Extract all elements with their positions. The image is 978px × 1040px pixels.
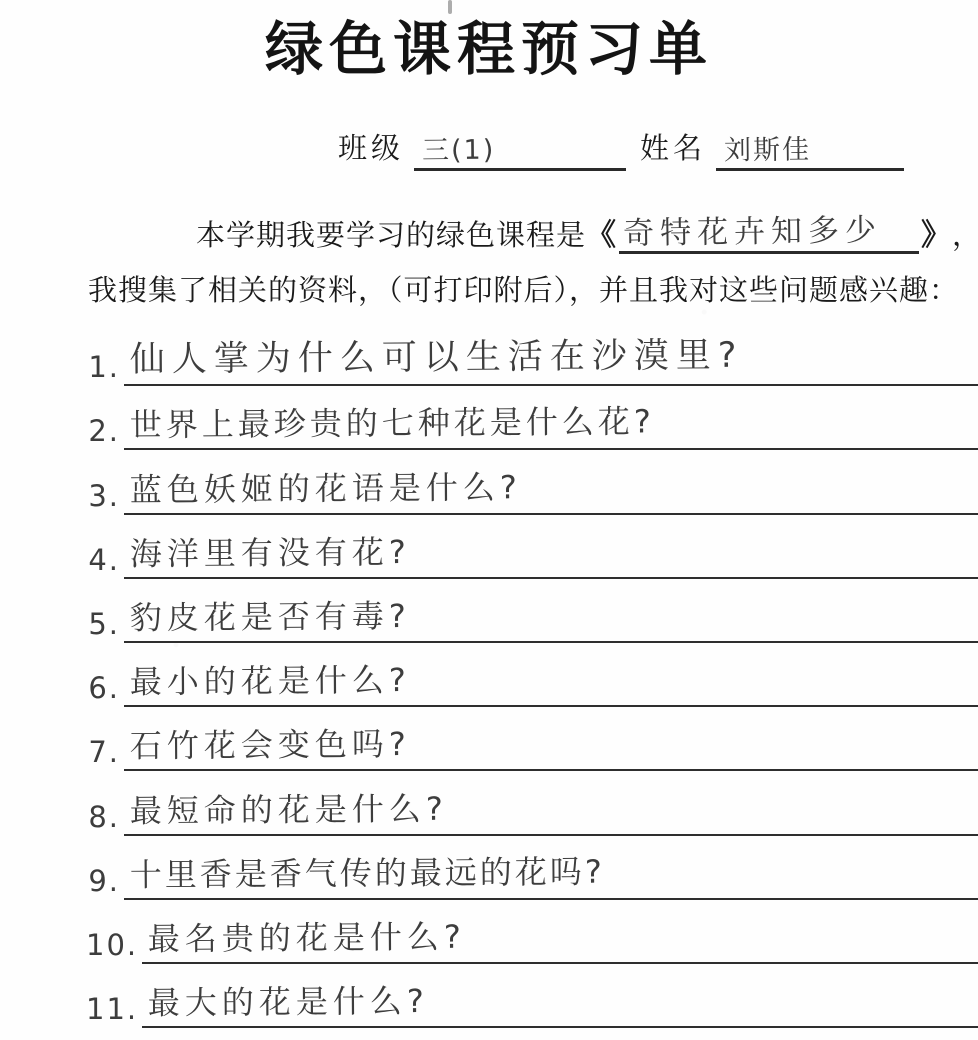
question-text-handwritten: 十里香是香气传的最远的花吗? bbox=[124, 846, 605, 897]
question-text-handwritten: 最小的花是什么? bbox=[124, 655, 411, 705]
question-number: 1. bbox=[86, 350, 124, 386]
question-row-6: 6. 最小的花是什么? bbox=[86, 643, 978, 707]
intro-line-2: 我搜集了相关的资料，（可打印附后），并且我对这些问题感兴趣： bbox=[88, 268, 959, 309]
question-number: 4. bbox=[86, 543, 124, 579]
question-answer-line[interactable]: 最大的花是什么? bbox=[142, 978, 978, 1028]
book-open-mark: 《 bbox=[586, 210, 617, 254]
question-answer-line[interactable]: 最小的花是什么? bbox=[124, 657, 978, 707]
question-answer-line[interactable]: 仙人掌为什么可以生活在沙漠里? bbox=[124, 332, 978, 386]
question-text-handwritten: 世界上最珍贵的七种花是什么花? bbox=[124, 397, 655, 449]
question-row-3: 3. 蓝色妖姬的花语是什么? bbox=[86, 450, 978, 514]
question-row-5: 5. 豹皮花是否有毒? bbox=[86, 579, 978, 643]
question-text-handwritten: 海洋里有没有花? bbox=[124, 527, 411, 577]
question-number: 5. bbox=[86, 607, 124, 643]
question-answer-line[interactable]: 十里香是香气传的最远的花吗? bbox=[124, 850, 978, 900]
question-row-11: 11. 最大的花是什么? bbox=[86, 964, 978, 1028]
question-row-7: 7. 石竹花会变色吗? bbox=[86, 707, 978, 771]
question-number: 8. bbox=[86, 800, 124, 836]
class-label: 班级 bbox=[338, 126, 404, 171]
question-answer-line[interactable]: 最名贵的花是什么? bbox=[142, 914, 978, 964]
book-close-mark: 》 bbox=[921, 210, 952, 254]
book-title-handwritten: 奇特花卉知多少 bbox=[619, 204, 887, 253]
class-value-handwritten: 三(1) bbox=[414, 128, 496, 169]
question-answer-line[interactable]: 石竹花会变色吗? bbox=[124, 721, 978, 771]
class-name-row: 班级 三(1) 姓名 刘斯佳 bbox=[338, 126, 904, 171]
question-answer-line[interactable]: 蓝色妖姬的花语是什么? bbox=[124, 465, 978, 515]
question-number: 10. bbox=[86, 928, 142, 964]
question-answer-line[interactable]: 最短命的花是什么? bbox=[124, 786, 978, 836]
question-row-8: 8. 最短命的花是什么? bbox=[86, 771, 978, 835]
question-row-1: 1. 仙人掌为什么可以生活在沙漠里? bbox=[86, 322, 978, 386]
name-value-handwritten: 刘斯佳 bbox=[716, 128, 811, 169]
intro-line-1: 本学期我要学习的绿色课程是《奇特花卉知多少》，为此， bbox=[196, 206, 978, 254]
question-row-9: 9. 十里香是香气传的最远的花吗? bbox=[86, 836, 978, 900]
question-text-handwritten: 蓝色妖姬的花语是什么? bbox=[124, 462, 522, 513]
question-number: 11. bbox=[86, 992, 142, 1028]
question-text-handwritten: 最名贵的花是什么? bbox=[142, 912, 466, 962]
name-field[interactable]: 刘斯佳 bbox=[716, 128, 904, 171]
question-text-handwritten: 最短命的花是什么? bbox=[124, 783, 448, 833]
question-row-2: 2. 世界上最珍贵的七种花是什么花? bbox=[86, 386, 978, 450]
book-title-field[interactable]: 奇特花卉知多少 bbox=[619, 206, 919, 254]
question-answer-line[interactable]: 世界上最珍贵的七种花是什么花? bbox=[124, 400, 978, 450]
question-text-handwritten: 石竹花会变色吗? bbox=[124, 719, 411, 769]
question-text-handwritten: 最大的花是什么? bbox=[142, 976, 429, 1026]
name-label: 姓名 bbox=[640, 126, 706, 171]
question-row-10: 10. 最名贵的花是什么? bbox=[86, 900, 978, 964]
question-number: 2. bbox=[86, 414, 124, 450]
question-answer-line[interactable]: 豹皮花是否有毒? bbox=[124, 593, 978, 643]
question-number: 6. bbox=[86, 671, 124, 707]
intro-line1-prefix: 本学期我要学习的绿色课程是 bbox=[196, 213, 586, 254]
question-answer-line[interactable]: 海洋里有没有花? bbox=[124, 529, 978, 579]
question-list: 1. 仙人掌为什么可以生活在沙漠里? 2. 世界上最珍贵的七种花是什么花? 3.… bbox=[86, 322, 978, 1028]
question-number: 3. bbox=[86, 479, 124, 515]
worksheet-page: 绿色课程预习单 班级 三(1) 姓名 刘斯佳 本学期我要学习的绿色课程是《奇特花… bbox=[0, 0, 978, 1040]
question-number: 9. bbox=[86, 864, 124, 900]
question-text-handwritten: 豹皮花是否有毒? bbox=[124, 591, 411, 641]
intro-line1-suffix: ，为此， bbox=[952, 213, 978, 254]
page-title: 绿色课程预习单 bbox=[0, 2, 978, 86]
question-number: 7. bbox=[86, 735, 124, 771]
class-field[interactable]: 三(1) bbox=[414, 128, 626, 171]
question-row-4: 4. 海洋里有没有花? bbox=[86, 515, 978, 579]
question-text-handwritten: 仙人掌为什么可以生活在沙漠里? bbox=[124, 328, 744, 384]
